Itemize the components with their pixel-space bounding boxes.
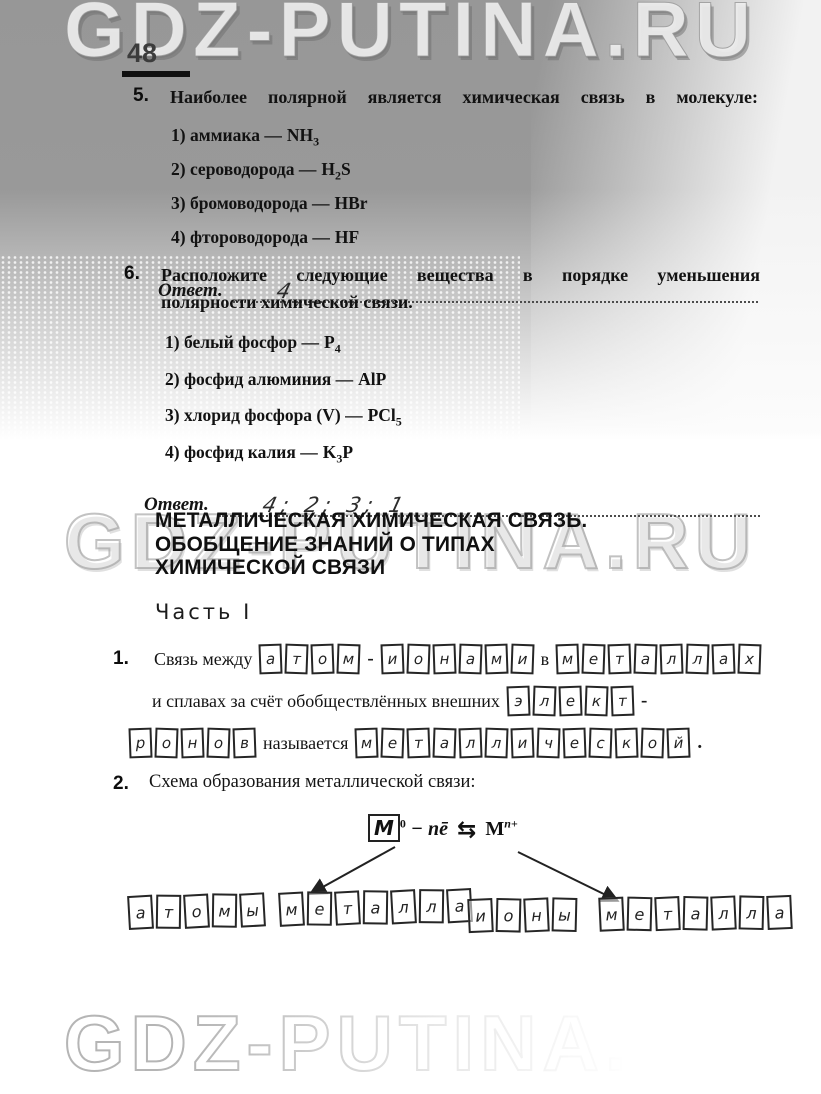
fill-boxes-metallicheskoy: металлической: [355, 728, 690, 758]
arrow-down-right-icon: [518, 852, 616, 900]
section-heading: МЕТАЛЛИЧЕСКАЯ ХИМИЧЕСКАЯ СВЯЗЬ. ОБОБЩЕНИ…: [155, 509, 587, 580]
answer-letter-box: о: [154, 728, 178, 759]
answer-letter-box: й: [667, 728, 691, 759]
answer-letter-box: о: [183, 893, 210, 928]
arrow-down-left-icon: [312, 847, 395, 893]
formula-m-box: М: [368, 814, 400, 842]
answer-letter-box: а: [458, 644, 482, 675]
option-row: 3) бромоводорода —HBr: [171, 190, 758, 224]
metallic-bond-formula: М0 − nē ⇆ Мn+: [368, 814, 518, 843]
answer-letter-box: л: [485, 728, 509, 759]
answer-letter-box: е: [381, 728, 405, 759]
question-6-options: 1) белый фосфор —P4 2) фосфид алюминия —…: [165, 327, 760, 473]
answer-letter-box: е: [558, 686, 582, 717]
answer-letter-box: а: [712, 644, 736, 675]
option-formula: PCl5: [368, 405, 402, 425]
answer-letter-box: л: [419, 889, 444, 923]
answer-letter-box: т: [654, 896, 681, 931]
answer-letter-box: т: [608, 644, 632, 675]
question-1: 1. Связь между атом - ионами в металлах …: [113, 644, 793, 770]
question-6-number: 6.: [124, 262, 146, 286]
answer-letter-box: а: [634, 644, 658, 675]
page-number: 48: [127, 38, 157, 69]
watermark-bottom: GDZ-PUTINA.RU: [64, 998, 757, 1089]
answer-letter-box: т: [334, 890, 361, 925]
answer-letter-box: а: [433, 728, 457, 759]
question-5-number: 5.: [133, 84, 155, 108]
answer-letter-box: е: [627, 897, 653, 932]
option-formula: P4: [324, 332, 341, 352]
option-formula: HBr: [335, 193, 368, 213]
answer-letter-box: э: [506, 686, 530, 717]
answer-letter-box: и: [380, 644, 404, 675]
hyphen: -: [367, 648, 373, 670]
answer-letter-box: а: [259, 644, 283, 675]
answer-letter-box: л: [739, 895, 765, 930]
fill-boxes-metalla: металла: [599, 895, 792, 931]
option-label: 1): [165, 332, 180, 352]
answer-letter-box: л: [686, 644, 710, 675]
fill-boxes-iony: ионы: [468, 898, 577, 933]
section-heading-line: МЕТАЛЛИЧЕСКАЯ ХИМИЧЕСКАЯ СВЯЗЬ.: [155, 509, 587, 533]
answer-letter-box: м: [212, 893, 237, 927]
answer-letter-box: к: [615, 728, 639, 759]
answer-letter-box: а: [683, 896, 709, 931]
formula-m-ion: М: [485, 818, 504, 840]
option-label: 2): [165, 369, 180, 389]
part-label: Часть I: [155, 600, 252, 624]
answer-letter-box: и: [511, 728, 535, 759]
answer-letter-box: л: [459, 728, 483, 759]
answer-letter-box: м: [337, 644, 361, 675]
answer-letter-box: о: [311, 644, 335, 675]
answer-letter-box: л: [390, 889, 417, 924]
answer-letter-box: с: [589, 728, 613, 759]
scanned-workbook-page: GDZ-PUTINA.RU GDZ-PUTINA.RU GDZ-PUTINA.R…: [0, 0, 821, 1094]
answer-letter-box: ы: [239, 892, 266, 927]
period: .: [697, 732, 702, 754]
answer-letter-box: т: [156, 895, 181, 929]
hyphen: -: [641, 690, 647, 712]
section-heading-line: ХИМИЧЕСКОЙ СВЯЗИ: [155, 556, 587, 580]
option-row: 4) фосфид калия —K3P: [165, 437, 760, 474]
question-5-options: 1) аммиака —NH3 2) сероводорода —H2S 3) …: [171, 122, 758, 258]
option-formula: HF: [335, 227, 359, 247]
answer-letter-box: т: [407, 728, 431, 759]
option-row: 4) фтороводорода —HF: [171, 224, 758, 258]
question-1-text: в: [541, 649, 550, 670]
question-1-text: и сплавах за счёт обобществлённых внешни…: [152, 691, 500, 712]
fill-boxes-atom: атом: [259, 644, 360, 674]
answer-letter-box: х: [738, 644, 762, 675]
option-row: 3) хлорид фосфора (V) —PCl5: [165, 400, 760, 437]
answer-letter-box: о: [641, 728, 665, 759]
option-label: 1): [171, 125, 186, 145]
answer-letter-box: в: [232, 728, 256, 759]
answer-atoms-of-metal: атомы металла: [128, 888, 473, 929]
answer-letter-box: и: [510, 644, 534, 675]
answer-letter-box: л: [660, 644, 684, 675]
formula-superscript-zero: 0: [400, 816, 406, 830]
formula-superscript-n-plus: n+: [504, 816, 518, 830]
option-row: 1) белый фосфор —P4: [165, 327, 760, 364]
option-name: сероводорода —: [190, 159, 316, 179]
fill-boxes-metalla: металла: [279, 888, 473, 926]
option-row: 1) аммиака —NH3: [171, 122, 758, 156]
option-name: хлорид фосфора (V) —: [184, 405, 363, 425]
question-1-number: 1.: [113, 647, 135, 671]
option-name: бромоводорода —: [190, 193, 330, 213]
question-2: 2. Схема образования металлической связи…: [113, 772, 773, 796]
answer-letter-box: о: [496, 898, 522, 933]
fill-boxes-ionami: ионами: [381, 644, 534, 674]
option-formula: AlP: [358, 369, 386, 389]
option-label: 4): [171, 227, 186, 247]
option-label: 2): [171, 159, 186, 179]
answer-letter-box: м: [556, 644, 580, 675]
answer-letter-box: е: [307, 891, 332, 925]
answer-letter-box: ы: [552, 897, 578, 932]
fill-boxes-elekt: элект: [507, 686, 634, 716]
answer-letter-box: л: [710, 895, 737, 930]
fill-boxes-atomy: атомы: [128, 893, 266, 930]
answer-letter-box: а: [363, 890, 388, 924]
question-2-prompt: Схема образования металлической связи:: [149, 772, 476, 793]
answer-letter-box: м: [355, 728, 379, 759]
answer-letter-box: а: [127, 895, 154, 930]
question-1-text: Связь между: [154, 649, 252, 670]
answer-letter-box: н: [432, 644, 456, 675]
fill-boxes-metallah: металлах: [556, 644, 761, 674]
answer-letter-box: е: [563, 728, 587, 759]
answer-letter-box: т: [285, 644, 309, 675]
option-row: 2) сероводорода —H2S: [171, 156, 758, 190]
answer-letter-box: н: [523, 897, 550, 932]
answer-letter-box: о: [406, 644, 430, 675]
option-label: 3): [171, 193, 186, 213]
section-heading-line: ОБОБЩЕНИЕ ЗНАНИЙ О ТИПАХ: [155, 533, 587, 557]
question-6-prompt: Расположите следующие вещества в порядке…: [161, 262, 760, 316]
answer-letter-box: о: [206, 728, 230, 759]
answer-letter-box: м: [278, 892, 305, 927]
answer-letter-box: л: [532, 686, 556, 717]
option-formula: K3P: [323, 442, 353, 462]
answer-letter-box: м: [484, 644, 508, 675]
question-6: 6. Расположите следующие вещества в поря…: [124, 262, 760, 517]
option-name: белый фосфор —: [184, 332, 319, 352]
option-name: фосфид алюминия —: [184, 369, 353, 389]
option-label: 3): [165, 405, 180, 425]
answer-letter-box: м: [598, 897, 625, 932]
answer-letter-box: а: [766, 895, 793, 930]
equilibrium-arrow-icon: ⇆: [453, 817, 480, 843]
option-formula: H2S: [321, 159, 350, 179]
fill-boxes-ronov: ронов: [129, 728, 256, 758]
option-name: аммиака —: [190, 125, 282, 145]
answer-letter-box: н: [180, 728, 204, 759]
page-number-underline: [122, 71, 190, 77]
option-formula: NH3: [287, 125, 319, 145]
answer-letter-box: р: [128, 728, 152, 759]
answer-letter-box: к: [584, 686, 608, 717]
formula-minus-ne: − nē: [411, 818, 448, 840]
answer-letter-box: ч: [537, 728, 561, 759]
option-name: фтороводорода —: [190, 227, 330, 247]
question-1-text: называется: [263, 733, 348, 754]
option-row: 2) фосфид алюминия —AlP: [165, 364, 760, 401]
question-2-number: 2.: [113, 772, 135, 796]
answer-letter-box: и: [467, 898, 494, 933]
option-name: фосфид калия —: [184, 442, 318, 462]
question-5-prompt: Наиболее полярной является химическая св…: [170, 84, 758, 111]
answer-letter-box: т: [610, 686, 634, 717]
answer-ions-of-metal: ионы металла: [468, 895, 792, 932]
option-label: 4): [165, 442, 180, 462]
answer-letter-box: е: [582, 644, 606, 675]
